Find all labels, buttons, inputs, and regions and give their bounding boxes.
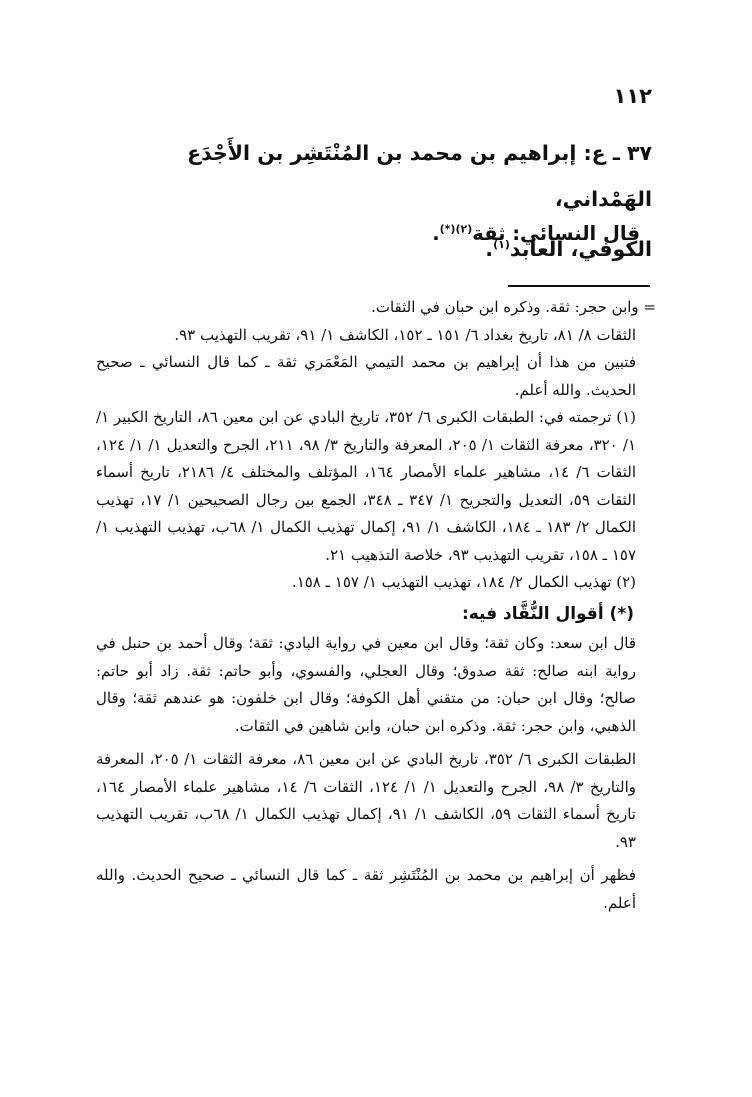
page-number: ١١٢: [614, 84, 652, 108]
footnote-separator: [508, 285, 650, 287]
nasai-verdict: قال النسائي: ثقة(٢)(*).: [432, 222, 640, 245]
entry-title-line1: ٣٧ ـ ع: إبراهيم بن محمد بن المُنْتَشِر ب…: [84, 130, 652, 222]
critics-heading: (*) أقوال النُّقَّاد فيه:: [96, 601, 656, 629]
footnotes: = وابن حجر: ثقة. وذكره ابن حبان في الثقا…: [96, 294, 656, 917]
footnote-refs-2-star: (٢)(*): [440, 223, 473, 236]
footnote-continuation-1: = وابن حجر: ثقة. وذكره ابن حبان في الثقا…: [96, 294, 656, 322]
footnote-continuation-2: الثقات ٨/ ٨١، تاريخ بغداد ٦/ ١٥١ ـ ١٥٢، …: [96, 322, 656, 350]
footnote-2: (٢) تهذيب الكمال ٢/ ١٨٤، تهذيب التهذيب ١…: [96, 569, 656, 597]
conclusion: فظهر أن إبراهيم بن محمد بن المُنْتَشِر ث…: [96, 862, 656, 917]
footnote-continuation-3: فتبين من هذا أن إبراهيم بن محمد التيمي ا…: [96, 349, 656, 404]
entry-title: ٣٧ ـ ع: إبراهيم بن محمد بن المُنْتَشِر ب…: [84, 130, 652, 272]
critics-paragraph-1: قال ابن سعد: وكان ثقة؛ وقال ابن معين في …: [96, 630, 656, 740]
critics-paragraph-2: الطبقات الكبرى ٦/ ٣٥٢، تاريخ البادي عن ا…: [96, 746, 656, 856]
footnote-1: (١) ترجمته في: الطبقات الكبرى ٦/ ٣٥٢، تا…: [96, 404, 656, 569]
book-page: ١١٢ ٣٧ ـ ع: إبراهيم بن محمد بن المُنْتَش…: [0, 0, 752, 1097]
